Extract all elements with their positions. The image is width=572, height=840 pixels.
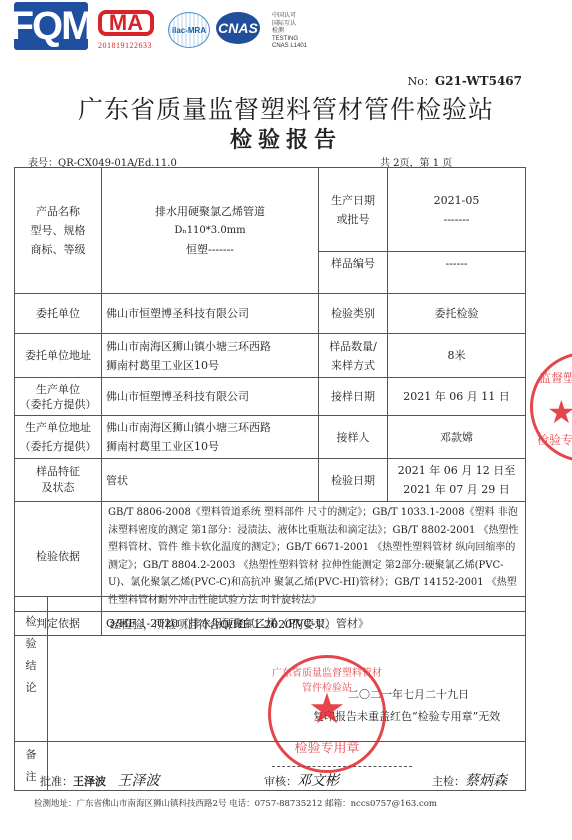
- product-name: 排水用硬聚氯乙烯管道: [106, 202, 314, 221]
- label-line: 商标、等级: [19, 240, 97, 259]
- basis-value: GB/T 8806-2008《塑料管道系统 塑料部件 尺寸的测定》；GB/T 1…: [102, 502, 526, 612]
- receiver-value: 邓款嫦: [388, 416, 526, 459]
- label-char: 备: [19, 744, 43, 766]
- seal-bottom-text: 检验专用章: [271, 737, 383, 756]
- manufacturer-address-label: 生产单位地址 （委托方提供）: [15, 416, 102, 459]
- fqm-logo: FQM: [14, 2, 88, 50]
- product-label: 产品名称 型号、规格 商标、等级: [15, 168, 102, 294]
- star-icon: ★: [271, 688, 383, 730]
- report-table: 产品名称 型号、规格 商标、等级 排水用硬聚氯乙烯管道 Dₙ110*3.0mm …: [14, 167, 526, 636]
- cma-logo: MA: [98, 10, 154, 36]
- address-line: 狮南村葛里工业区10号: [106, 437, 314, 456]
- sample-no-label: 样品编号: [319, 252, 388, 294]
- inspection-seal: 广东省质量监督塑料管材管件检验站 ★ 检验专用章: [268, 655, 386, 773]
- edge-seal-text: 检验专: [537, 431, 572, 448]
- sample-state-label: 样品特征 及状态: [15, 459, 102, 502]
- approver-name: 王泽波: [73, 775, 106, 788]
- approver: 批准：王泽波 王泽波: [40, 770, 160, 790]
- receive-date-label: 接样日期: [319, 378, 388, 416]
- conclusion-text: 经检验，所检项目符合Q/HF 1-2020的要求。: [52, 599, 521, 634]
- manufacturer-address-row: 生产单位地址 （委托方提供） 佛山市南海区狮山镇小塘三环西路 狮南村葛里工业区1…: [15, 416, 526, 459]
- address-line: 佛山市南海区狮山镇小塘三环西路: [106, 337, 314, 356]
- cma-number: 201819122633: [98, 41, 152, 50]
- sample-qty-label: 样品数量/ 来样方式: [319, 334, 388, 378]
- sample-no-value: ------: [388, 252, 526, 294]
- manufacturer-address-value: 佛山市南海区狮山镇小塘三环西路 狮南村葛里工业区10号: [102, 416, 319, 459]
- lab-address: 检测地址：广东省佛山市南海区狮山镇科技西路2号 电话：0757-88735212…: [34, 797, 437, 809]
- reviewer-label: 审核：: [264, 775, 297, 788]
- label-line: 及状态: [19, 480, 97, 496]
- label-char: 论: [19, 677, 43, 699]
- edge-seal-fragment: 监督塑 ★ 检验专: [530, 352, 572, 462]
- label-line: 样品特征: [19, 464, 97, 480]
- test-type-label: 检验类别: [319, 294, 388, 334]
- ilac-mra-logo: ilac-MRA: [168, 12, 210, 48]
- label-char: 结: [19, 655, 43, 677]
- label-line: 生产单位: [19, 382, 97, 397]
- label-line: 生产日期: [323, 191, 383, 210]
- client-row: 委托单位 佛山市恒塑博圣科技有限公司 检验类别 委托检验: [15, 294, 526, 334]
- manufacturer-label: 生产单位 （委托方提供）: [15, 378, 102, 416]
- product-brand: 恒塑-------: [106, 240, 314, 259]
- station-title: 广东省质量监督塑料管材管件检验站: [0, 90, 572, 126]
- label-char: 验: [19, 633, 43, 655]
- label-line: 生产单位地址: [19, 418, 97, 437]
- label-line: 来样方式: [323, 356, 383, 375]
- receiver-label: 接样人: [319, 416, 388, 459]
- report-number: No：G21-WT5467: [408, 73, 522, 89]
- client-address-row: 委托单位地址 佛山市南海区狮山镇小塘三环西路 狮南村葛里工业区10号 样品数量/…: [15, 334, 526, 378]
- cnas-line: 国际互认: [272, 21, 307, 29]
- chief-inspector: 主检：蔡炳森: [432, 770, 507, 790]
- approver-signature: 王泽波: [118, 773, 160, 789]
- test-date-label: 检验日期: [319, 459, 388, 502]
- label-char: 检: [19, 611, 43, 633]
- client-value: 佛山市恒塑博圣科技有限公司: [102, 294, 319, 334]
- product-value: 排水用硬聚氯乙烯管道 Dₙ110*3.0mm 恒塑-------: [102, 168, 319, 294]
- conclusion-table: 检 验 结 论 经检验，所检项目符合Q/HF 1-2020的要求。 二〇二一年七…: [14, 596, 526, 791]
- client-label: 委托单位: [15, 294, 102, 334]
- test-date-value: 2021 年 06 月 12 日至 2021 年 07 月 29 日: [388, 459, 526, 502]
- cnas-line: TESTING: [272, 36, 307, 44]
- batch-number: -------: [392, 210, 521, 229]
- chief-inspector-signature: 蔡炳森: [465, 773, 507, 789]
- label-line: 产品名称: [19, 202, 97, 221]
- conclusion-label: 检 验 结 论: [15, 597, 48, 742]
- reviewer: 审核：邓文彬: [264, 770, 339, 790]
- basis-row: 检验依据 GB/T 8806-2008《塑料管道系统 塑料部件 尺寸的测定》；G…: [15, 502, 526, 612]
- report-number-value: G21-WT5467: [435, 74, 522, 88]
- address-line: 佛山市南海区狮山镇小塘三环西路: [106, 418, 314, 437]
- sample-state-value: 管状: [102, 459, 319, 502]
- test-date-end: 2021 年 07 月 29 日: [392, 480, 521, 499]
- label-line: 或批号: [323, 210, 383, 229]
- product-spec: Dₙ110*3.0mm: [106, 221, 314, 240]
- label-line: 型号、规格: [19, 221, 97, 240]
- test-date-start: 2021 年 06 月 12 日至: [392, 461, 521, 480]
- star-icon: ★: [547, 391, 572, 433]
- cnas-accreditation-text: 中国认可 国际互认 检测 TESTING CNAS L1401: [272, 13, 307, 51]
- prod-date: 2021-05: [392, 191, 521, 210]
- receive-date-value: 2021 年 06 月 11 日: [388, 378, 526, 416]
- chief-inspector-label: 主检：: [432, 775, 465, 788]
- report-number-label: No：: [408, 75, 435, 88]
- edge-seal-text: 监督塑: [539, 369, 572, 386]
- label-line: （委托方提供）: [19, 397, 97, 412]
- address-line: 狮南村葛里工业区10号: [106, 356, 314, 375]
- sample-qty-value: 8米: [388, 334, 526, 378]
- manufacturer-value: 佛山市恒塑博圣科技有限公司: [102, 378, 319, 416]
- basis-label: 检验依据: [15, 502, 102, 612]
- label-line: （委托方提供）: [19, 437, 97, 456]
- cnas-line: 中国认可: [272, 13, 307, 21]
- report-title: 检验报告: [0, 123, 572, 154]
- cnas-line: 检测: [272, 28, 307, 36]
- prod-date-value: 2021-05 -------: [388, 168, 526, 252]
- approver-label: 批准：: [40, 775, 73, 788]
- cnas-logo: CNAS: [216, 12, 260, 44]
- client-address-label: 委托单位地址: [15, 334, 102, 378]
- label-line: 样品数量/: [323, 337, 383, 356]
- cnas-line: CNAS L1401: [272, 43, 307, 51]
- client-address-value: 佛山市南海区狮山镇小塘三环西路 狮南村葛里工业区10号: [102, 334, 319, 378]
- prod-date-label: 生产日期 或批号: [319, 168, 388, 252]
- product-row: 产品名称 型号、规格 商标、等级 排水用硬聚氯乙烯管道 Dₙ110*3.0mm …: [15, 168, 526, 252]
- reviewer-signature: 邓文彬: [297, 773, 339, 789]
- test-type-value: 委托检验: [388, 294, 526, 334]
- sample-state-row: 样品特征 及状态 管状 检验日期 2021 年 06 月 12 日至 2021 …: [15, 459, 526, 502]
- manufacturer-row: 生产单位 （委托方提供） 佛山市恒塑博圣科技有限公司 接样日期 2021 年 0…: [15, 378, 526, 416]
